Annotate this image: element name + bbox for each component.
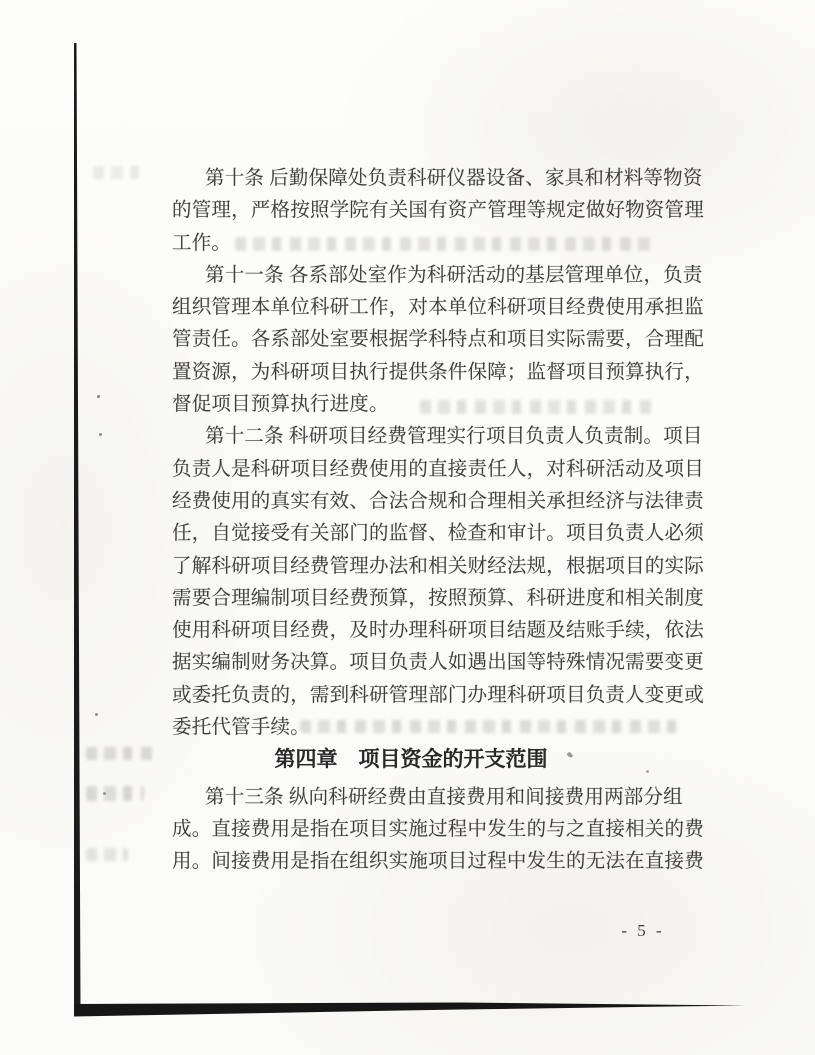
text-line: 置资源，为科研项目执行提供条件保障；监督项目预算执行， bbox=[172, 357, 664, 389]
text-line: 据实编制财务决算。项目负责人如遇出国等特殊情况需要变更 bbox=[172, 647, 664, 679]
text-line: 委托代管手续。 bbox=[172, 712, 664, 744]
scan-speck bbox=[99, 433, 102, 436]
text-line: 第十一条 各系部处室作为科研活动的基层管理单位，负责 bbox=[172, 260, 664, 292]
text-line: 或委托负责的，需到科研管理部门办理科研项目负责人变更或 bbox=[172, 680, 664, 712]
page-number: - 5 - bbox=[612, 921, 674, 941]
article-12: 第十二条 科研项目经费管理实行项目负责人负责制。项目负责人是科研项目经费使用的直… bbox=[172, 421, 664, 744]
text-line: 使用科研项目经费，及时办理科研项目结题及结账手续，依法 bbox=[172, 615, 664, 647]
text-line: 工作。 bbox=[172, 228, 664, 260]
text-line: 经费使用的真实有效、合法合规和合理相关承担经济与法律责 bbox=[172, 486, 664, 518]
article-13: 第十三条 纵向科研经费由直接费用和间接费用两部分组成。直接费用是指在项目实施过程… bbox=[172, 782, 664, 879]
scan-speck bbox=[97, 395, 100, 398]
text-line: 用。间接费用是指在组织实施项目过程中发生的无法在直接费 bbox=[172, 846, 664, 878]
scan-speck bbox=[103, 792, 106, 795]
bleedthrough-artifact bbox=[93, 166, 141, 179]
text-line: 第十三条 纵向科研经费由直接费用和间接费用两部分组 bbox=[172, 782, 664, 814]
text-line: 任，自觉接受有关部门的监督、检查和审计。项目负责人必须 bbox=[172, 518, 664, 550]
text-line: 第十条 后勤保障处负责科研仪器设备、家具和材料等物资 bbox=[172, 163, 664, 195]
text-line: 了解科研项目经费管理办法和相关财经法规，根据项目的实际 bbox=[172, 551, 664, 583]
article-11: 第十一条 各系部处室作为科研活动的基层管理单位，负责组织管理本单位科研工作，对本… bbox=[172, 260, 664, 421]
text-line: 第十二条 科研项目经费管理实行项目负责人负责制。项目 bbox=[172, 421, 664, 453]
text-line: 需要合理编制项目经费预算，按照预算、科研进度和相关制度 bbox=[172, 583, 664, 615]
bleedthrough-artifact bbox=[86, 747, 158, 760]
chapter-4-heading: 第四章 项目资金的开支范围 bbox=[172, 744, 664, 776]
text-line: 督促项目预算执行进度。 bbox=[172, 389, 664, 421]
text-line: 管责任。各系部处室要根据学科特点和项目实际需要，合理配 bbox=[172, 324, 664, 356]
scanned-document-page: 第十条 后勤保障处负责科研仪器设备、家具和材料等物资的管理，严格按照学院有关国有… bbox=[0, 0, 815, 1055]
text-line: 成。直接费用是指在项目实施过程中发生的与之直接相关的费 bbox=[172, 814, 664, 846]
text-line: 的管理，严格按照学院有关国有资产管理等规定做好物资管理 bbox=[172, 195, 664, 227]
bottom-edge-wedge bbox=[74, 1003, 746, 1017]
document-body: 第十条 后勤保障处负责科研仪器设备、家具和材料等物资的管理，严格按照学院有关国有… bbox=[172, 163, 664, 879]
bleedthrough-artifact bbox=[86, 786, 144, 801]
scan-speck bbox=[95, 713, 98, 716]
article-10: 第十条 后勤保障处负责科研仪器设备、家具和材料等物资的管理，严格按照学院有关国有… bbox=[172, 163, 664, 260]
left-edge-line bbox=[74, 43, 81, 1010]
text-line: 负责人是科研项目经费使用的直接责任人，对科研活动及项目 bbox=[172, 454, 664, 486]
text-line: 组织管理本单位科研工作，对本单位科研项目经费使用承担监 bbox=[172, 292, 664, 324]
bleedthrough-artifact bbox=[86, 848, 128, 861]
